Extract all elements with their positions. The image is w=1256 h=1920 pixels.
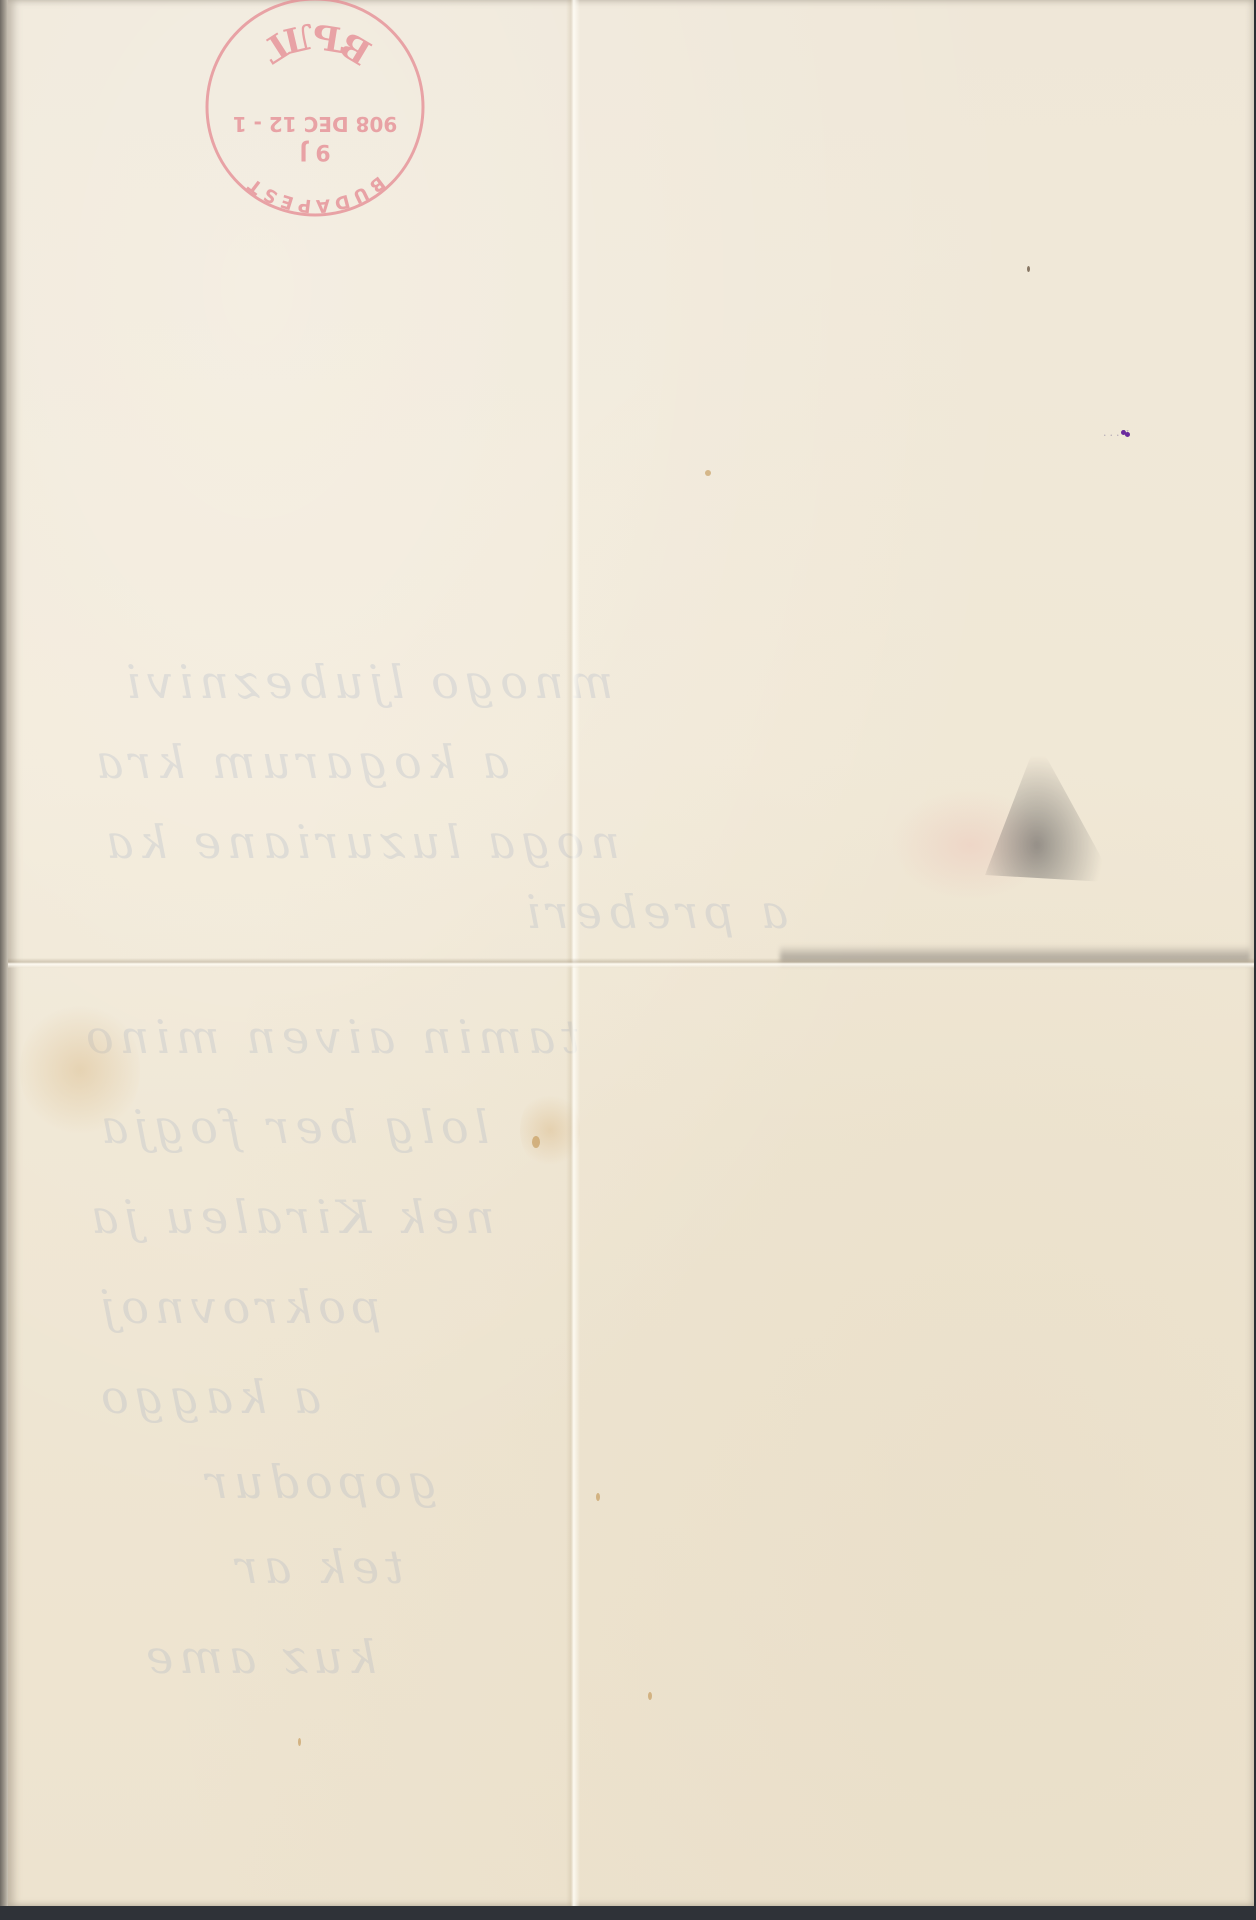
scanned-page: mnogo ljubeznivi a kogarum kra noga luzu… (0, 0, 1256, 1920)
foxing-spot (532, 1136, 540, 1148)
ink-dot (1125, 432, 1130, 437)
handwriting-line: nek Kiraleu ja (85, 1190, 495, 1244)
purple-ink-mark: ...v (1113, 428, 1137, 442)
foxing-spot (648, 1692, 652, 1700)
svg-text:BUDAPEST: BUDAPEST (241, 172, 389, 217)
handwriting-line: pokrovnoj (95, 1280, 381, 1334)
foxing-spot (298, 1738, 301, 1746)
age-stain (20, 1000, 140, 1140)
handwriting-line: a preberi (520, 885, 788, 939)
handwriting-line: lolg ber fogja (95, 1100, 489, 1154)
scanner-bottom-edge (0, 1906, 1256, 1920)
handwriting-line: mnogo ljubeznivi (120, 655, 613, 709)
vertical-fold-crease (566, 0, 580, 1906)
handwriting-line: tamin aiven mino (80, 1010, 580, 1064)
foxing-spot (596, 1493, 600, 1501)
red-postmark-stamp: BUDAPEST 908 DEC 12 - 1 9 J ВЪЛГ (190, 0, 440, 225)
handwriting-line: kuz ame (140, 1630, 377, 1684)
handwriting-line: a kogarum kra (90, 735, 510, 789)
handwriting-line: noga luzuriane ka (100, 815, 620, 869)
handwriting-line: gopodur (200, 1455, 437, 1509)
svg-text:908 DEC 12 - 1: 908 DEC 12 - 1 (233, 112, 398, 136)
foxing-spot (705, 470, 711, 476)
handwriting-line: tek ar (230, 1540, 404, 1594)
svg-text:ВЪЛГ: ВЪЛГ (251, 14, 378, 72)
handwriting-line: a kaggo (95, 1370, 321, 1424)
postmark-icon: BUDAPEST 908 DEC 12 - 1 9 J ВЪЛГ (190, 0, 440, 225)
horizontal-fold-crease (8, 958, 1254, 968)
foxing-spot (1027, 266, 1030, 272)
svg-text:9 J: 9 J (299, 139, 330, 164)
